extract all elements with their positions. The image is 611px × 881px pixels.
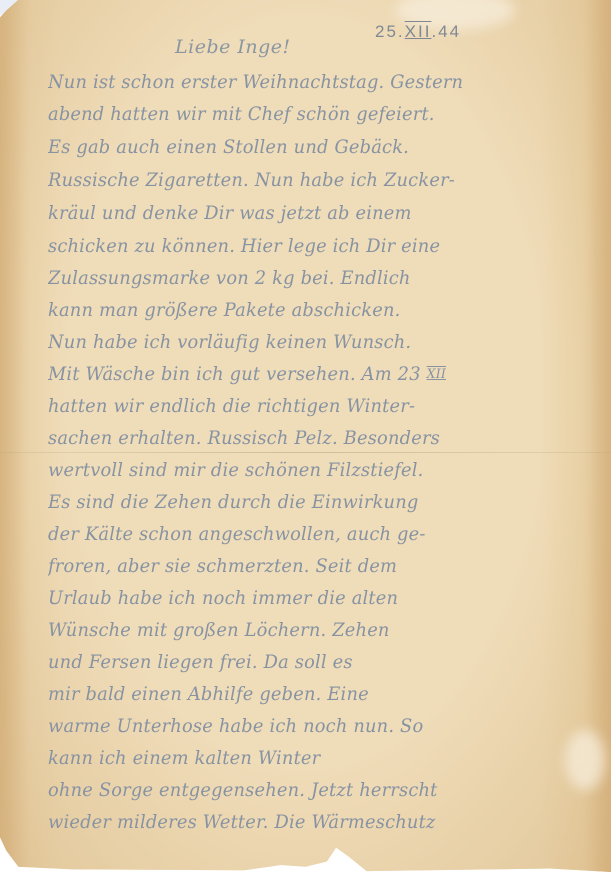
edge-stain-left: [0, 0, 30, 872]
line-text: schicken zu können. Hier lege ich Dir ei…: [48, 236, 440, 257]
handwritten-line: Nun ist schon erster Weihnachtstag. Gest…: [48, 72, 568, 94]
handwritten-line: Zulassungsmarke von 2 kg bei. Endlich: [48, 268, 568, 290]
date-year: .44: [431, 22, 461, 41]
handwritten-line: Russische Zigaretten. Nun habe ich Zucke…: [48, 170, 568, 192]
letter-date: 25.XII.44: [375, 22, 461, 42]
line-text: Mit Wäsche bin ich gut versehen. Am 23: [48, 364, 421, 385]
line-text: wieder milderes Wetter. Die Wärmeschutz: [48, 812, 436, 833]
line-text: mir bald einen Abhilfe geben. Eine: [48, 684, 369, 705]
handwritten-line: kann ich einem kalten Winter: [48, 748, 568, 770]
handwritten-line: schicken zu können. Hier lege ich Dir ei…: [48, 236, 568, 258]
handwritten-line: sachen erhalten. Russisch Pelz. Besonder…: [48, 428, 568, 450]
line-text: wertvoll sind mir die schönen Filzstiefe…: [48, 460, 424, 481]
handwritten-line: der Kälte schon angeschwollen, auch ge-: [48, 524, 568, 546]
salutation: Liebe Inge!: [175, 36, 291, 58]
line-text: abend hatten wir mit Chef schön gefeiert…: [48, 104, 435, 125]
line-text: Zulassungsmarke von 2 kg bei. Endlich: [48, 268, 411, 289]
handwritten-line: wieder milderes Wetter. Die Wärmeschutz: [48, 812, 568, 834]
line-text: der Kälte schon angeschwollen, auch ge-: [48, 524, 426, 545]
line-text: Wünsche mit großen Löchern. Zehen: [48, 620, 390, 641]
handwritten-line: mir bald einen Abhilfe geben. Eine: [48, 684, 568, 706]
handwritten-line: froren, aber sie schmerzten. Seit dem: [48, 556, 568, 578]
line-text: Urlaub habe ich noch immer die alten: [48, 588, 398, 609]
inline-month: XII: [427, 367, 446, 382]
handwritten-line: Urlaub habe ich noch immer die alten: [48, 588, 568, 610]
handwritten-line: kann man größere Pakete abschicken.: [48, 300, 568, 322]
fold-crease: [0, 452, 611, 453]
handwritten-line: Mit Wäsche bin ich gut versehen. Am 23 X…: [48, 364, 568, 386]
line-text: kräul und denke Dir was jetzt ab einem: [48, 203, 412, 224]
date-month: XII: [405, 22, 432, 41]
line-text: Nun habe ich vorläufig keinen Wunsch.: [48, 332, 411, 353]
line-text: Nun ist schon erster Weihnachtstag. Gest…: [48, 72, 463, 93]
handwritten-line: abend hatten wir mit Chef schön gefeiert…: [48, 104, 568, 126]
line-text: Es sind die Zehen durch die Einwirkung: [48, 492, 419, 513]
faded-spot-right: [565, 730, 605, 790]
line-text: kann man größere Pakete abschicken.: [48, 300, 401, 321]
line-text: und Fersen liegen frei. Da soll es: [48, 652, 353, 673]
handwritten-line: Es sind die Zehen durch die Einwirkung: [48, 492, 568, 514]
line-text: Es gab auch einen Stollen und Gebäck.: [48, 137, 409, 158]
date-day: 25.: [375, 22, 405, 41]
line-text: sachen erhalten. Russisch Pelz. Besonder…: [48, 428, 440, 449]
line-text: Russische Zigaretten. Nun habe ich Zucke…: [48, 170, 455, 191]
line-text: hatten wir endlich die richtigen Winter-: [48, 396, 415, 417]
line-text: warme Unterhose habe ich noch nun. So: [48, 716, 423, 737]
handwritten-line: kräul und denke Dir was jetzt ab einem: [48, 203, 568, 225]
paper-sheet: 25.XII.44 Liebe Inge! Nun ist schon erst…: [0, 0, 611, 872]
line-text: ohne Sorge entgegensehen. Jetzt herrscht: [48, 780, 438, 801]
handwritten-line: und Fersen liegen frei. Da soll es: [48, 652, 568, 674]
handwritten-line: Wünsche mit großen Löchern. Zehen: [48, 620, 568, 642]
handwritten-line: hatten wir endlich die richtigen Winter-: [48, 396, 568, 418]
handwritten-line: ohne Sorge entgegensehen. Jetzt herrscht: [48, 780, 568, 802]
handwritten-line: wertvoll sind mir die schönen Filzstiefe…: [48, 460, 568, 482]
line-text: kann ich einem kalten Winter: [48, 748, 320, 769]
handwritten-line: Nun habe ich vorläufig keinen Wunsch.: [48, 332, 568, 354]
line-text: froren, aber sie schmerzten. Seit dem: [48, 556, 397, 577]
scanned-letter: 25.XII.44 Liebe Inge! Nun ist schon erst…: [0, 0, 611, 881]
handwritten-line: warme Unterhose habe ich noch nun. So: [48, 716, 568, 738]
handwritten-line: Es gab auch einen Stollen und Gebäck.: [48, 137, 568, 159]
